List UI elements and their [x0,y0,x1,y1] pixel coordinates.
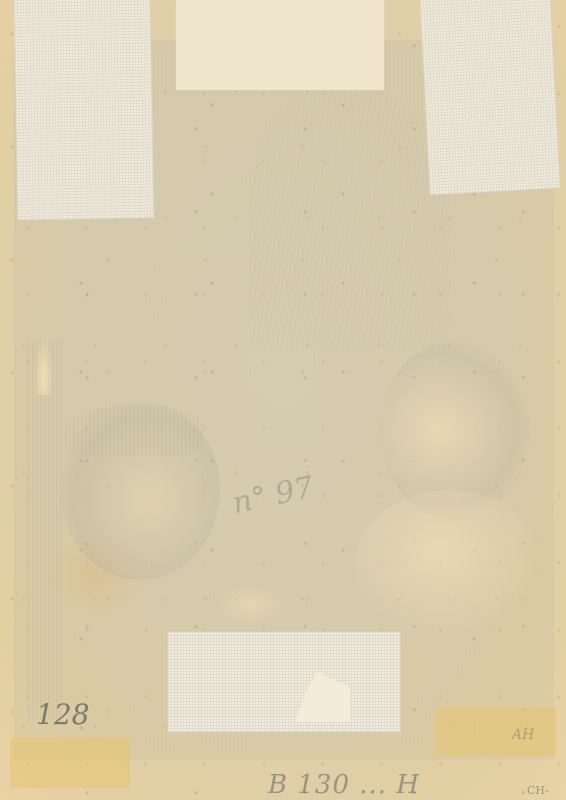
gum-residue-right [436,708,556,756]
tape-top-left [14,0,154,220]
pencil-note-gum-right: AH [512,727,534,743]
pencil-note-bottom: B 130 ... H [268,770,420,800]
gum-residue-left [10,738,130,788]
tape-bottom-center [168,632,400,732]
tape-top-right [420,0,560,195]
pencil-note-corner: CH- [527,784,549,797]
tape-top-center [176,0,384,90]
right-figure-body [355,490,545,640]
print-reverse: n° 97 128 B 130 ... H AH CH- [0,0,566,800]
background-arch-hatching [250,90,450,350]
left-figure-cap [65,405,205,455]
candle-flame [34,335,54,395]
figure-hand [215,585,285,625]
tape-tear [295,672,350,722]
pencil-note-number: 128 [36,698,89,731]
